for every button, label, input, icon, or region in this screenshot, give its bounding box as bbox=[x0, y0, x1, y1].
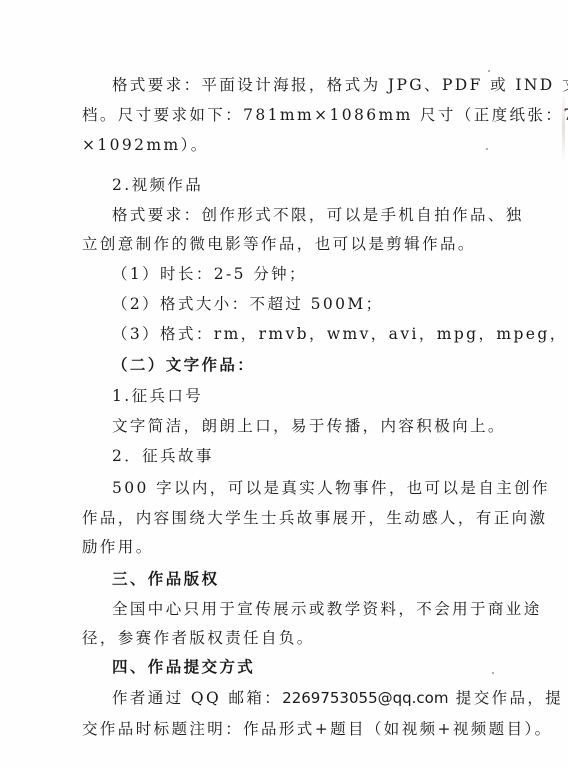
paragraph-video-format: 格式要求：创作形式不限，可以是手机自拍作品、独 bbox=[112, 205, 482, 225]
scan-edge-artifact bbox=[562, 92, 565, 162]
paragraph-format-requirements-poster: 格式要求：平面设计海报，格式为 JPG、PDF 或 IND 文 bbox=[112, 75, 482, 95]
paragraph-video-format-cont: 立创意制作的微电影等作品，也可以是剪辑作品。 bbox=[82, 234, 482, 254]
heading-video-works: 2.视频作品 bbox=[112, 175, 482, 195]
paragraph-submission: 作者通过 QQ 邮箱：2269753055@qq.com 提交作品，提 bbox=[112, 688, 482, 708]
paragraph-story-desc: 500 字以内，可以是真实人物事件，也可以是自主创作 bbox=[112, 478, 482, 498]
heading-slogan: 1.征兵口号 bbox=[112, 386, 482, 406]
scan-speck bbox=[492, 672, 494, 674]
document-page: 格式要求：平面设计海报，格式为 JPG、PDF 或 IND 文 档。尺寸要求如下… bbox=[0, 0, 568, 768]
paragraph-submission-cont: 交作品时标题注明：作品形式+题目（如视频+视频题目）。 bbox=[82, 719, 482, 739]
submission-text-after: 提交作品，提 bbox=[448, 689, 563, 707]
heading-text-works: （二）文字作品： bbox=[112, 355, 482, 375]
list-item-formats: （3）格式：rm，rmvb，wmv，avi，mpg，mpeg，mp4。 bbox=[112, 324, 482, 344]
heading-copyright: 三、作品版权 bbox=[112, 569, 482, 589]
submission-email: 2269753055@qq.com bbox=[282, 689, 448, 707]
paragraph-poster-size-cont: ×1092mm）。 bbox=[82, 135, 482, 155]
heading-story: 2．征兵故事 bbox=[112, 446, 482, 466]
list-item-file-size: （2）格式大小：不超过 500M； bbox=[112, 294, 482, 314]
submission-text-before: 作者通过 QQ 邮箱： bbox=[112, 689, 282, 707]
paragraph-copyright-cont: 径，参赛作者版权责任自负。 bbox=[82, 628, 482, 648]
list-item-duration: （1）时长：2-5 分钟； bbox=[112, 264, 482, 284]
paragraph-copyright: 全国中心只用于宣传展示或教学资料，不会用于商业途 bbox=[112, 599, 482, 619]
scan-speck bbox=[486, 148, 488, 150]
paragraph-poster-size: 档。尺寸要求如下：781mm×1086mm 尺寸（正度纸张：787mm bbox=[82, 105, 482, 125]
paragraph-slogan-desc: 文字简洁，朗朗上口，易于传播，内容积极向上。 bbox=[112, 416, 482, 436]
paragraph-story-desc-end: 励作用。 bbox=[82, 537, 482, 557]
heading-submission: 四、作品提交方式 bbox=[112, 657, 482, 677]
scan-speck bbox=[488, 70, 490, 72]
paragraph-story-desc-cont: 作品，内容围绕大学生士兵故事展开，生动感人，有正向激 bbox=[82, 508, 482, 528]
